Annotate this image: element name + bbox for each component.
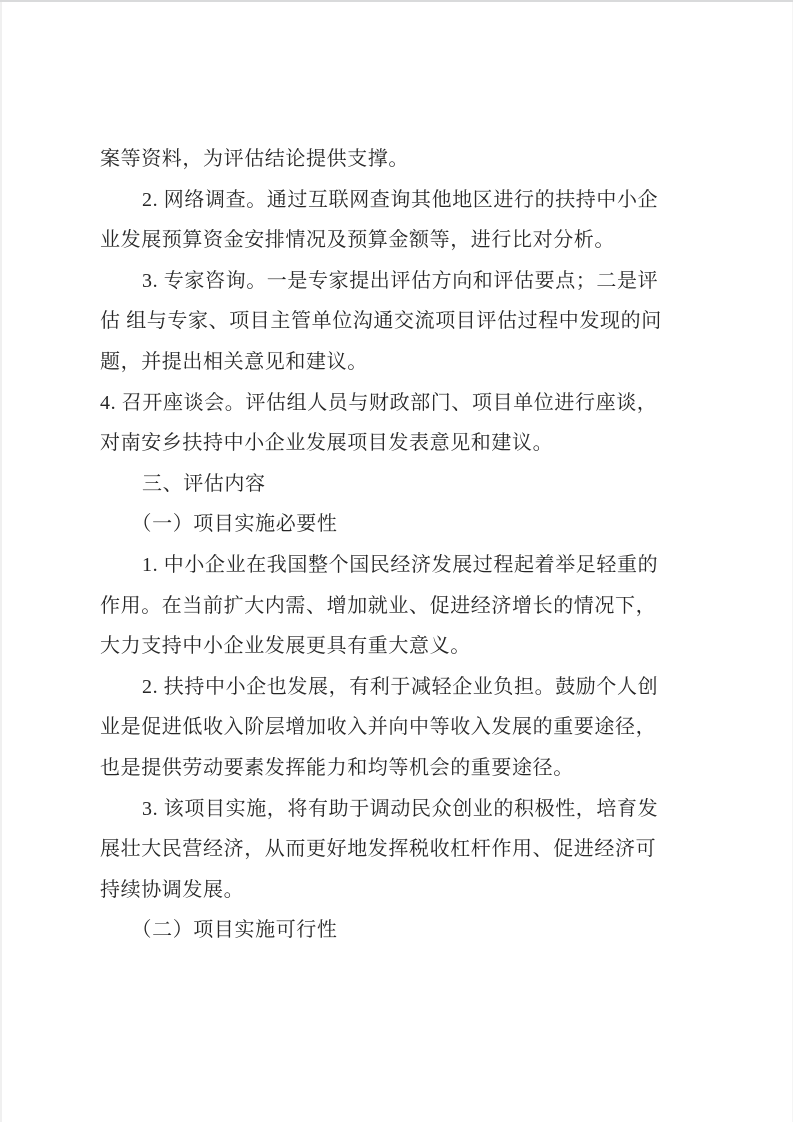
text-line: 大力支持中小企业发展更具有重大意义。 [100, 626, 685, 667]
text-line: 1. 中小企业在我国整个国民经济发展过程起着举足轻重的 [100, 545, 685, 586]
document-text: 案等资料，为评估结论提供支撑。2. 网络调查。通过互联网查询其他地区进行的扶持中… [100, 139, 685, 951]
text-line: 2. 扶持中小企也发展，有利于减轻企业负担。鼓励个人创 [100, 667, 685, 708]
text-line: 也是提供劳动要素发挥能力和均等机会的重要途径。 [100, 748, 685, 789]
text-line: 作用。在当前扩大内需、增加就业、促进经济增长的情况下， [100, 586, 685, 627]
text-line: 持续协调发展。 [100, 870, 685, 911]
document-page: 案等资料，为评估结论提供支撑。2. 网络调查。通过互联网查询其他地区进行的扶持中… [0, 0, 793, 1122]
text-line: 案等资料，为评估结论提供支撑。 [100, 139, 685, 180]
text-line: 3. 专家咨询。一是专家提出评估方向和评估要点；二是评 [100, 261, 685, 302]
text-line: 展壮大民营经济，从而更好地发挥税收杠杆作用、促进经济可 [100, 829, 685, 870]
text-line: 4. 召开座谈会。评估组人员与财政部门、项目单位进行座谈， [100, 383, 685, 424]
text-line: 业发展预算资金安排情况及预算金额等，进行比对分析。 [100, 220, 685, 261]
text-line: 估 组与专家、项目主管单位沟通交流项目评估过程中发现的问 [100, 301, 685, 342]
text-line: 三、评估内容 [100, 464, 685, 505]
text-line: （二）项目实施可行性 [100, 910, 685, 951]
text-line: （一）项目实施必要性 [100, 504, 685, 545]
text-line: 题，并提出相关意见和建议。 [100, 342, 685, 383]
text-line: 对南安乡扶持中小企业发展项目发表意见和建议。 [100, 423, 685, 464]
text-line: 3. 该项目实施，将有助于调动民众创业的积极性，培育发 [100, 789, 685, 830]
text-line: 业是促进低收入阶层增加收入并向中等收入发展的重要途径， [100, 707, 685, 748]
text-line: 2. 网络调查。通过互联网查询其他地区进行的扶持中小企 [100, 180, 685, 221]
